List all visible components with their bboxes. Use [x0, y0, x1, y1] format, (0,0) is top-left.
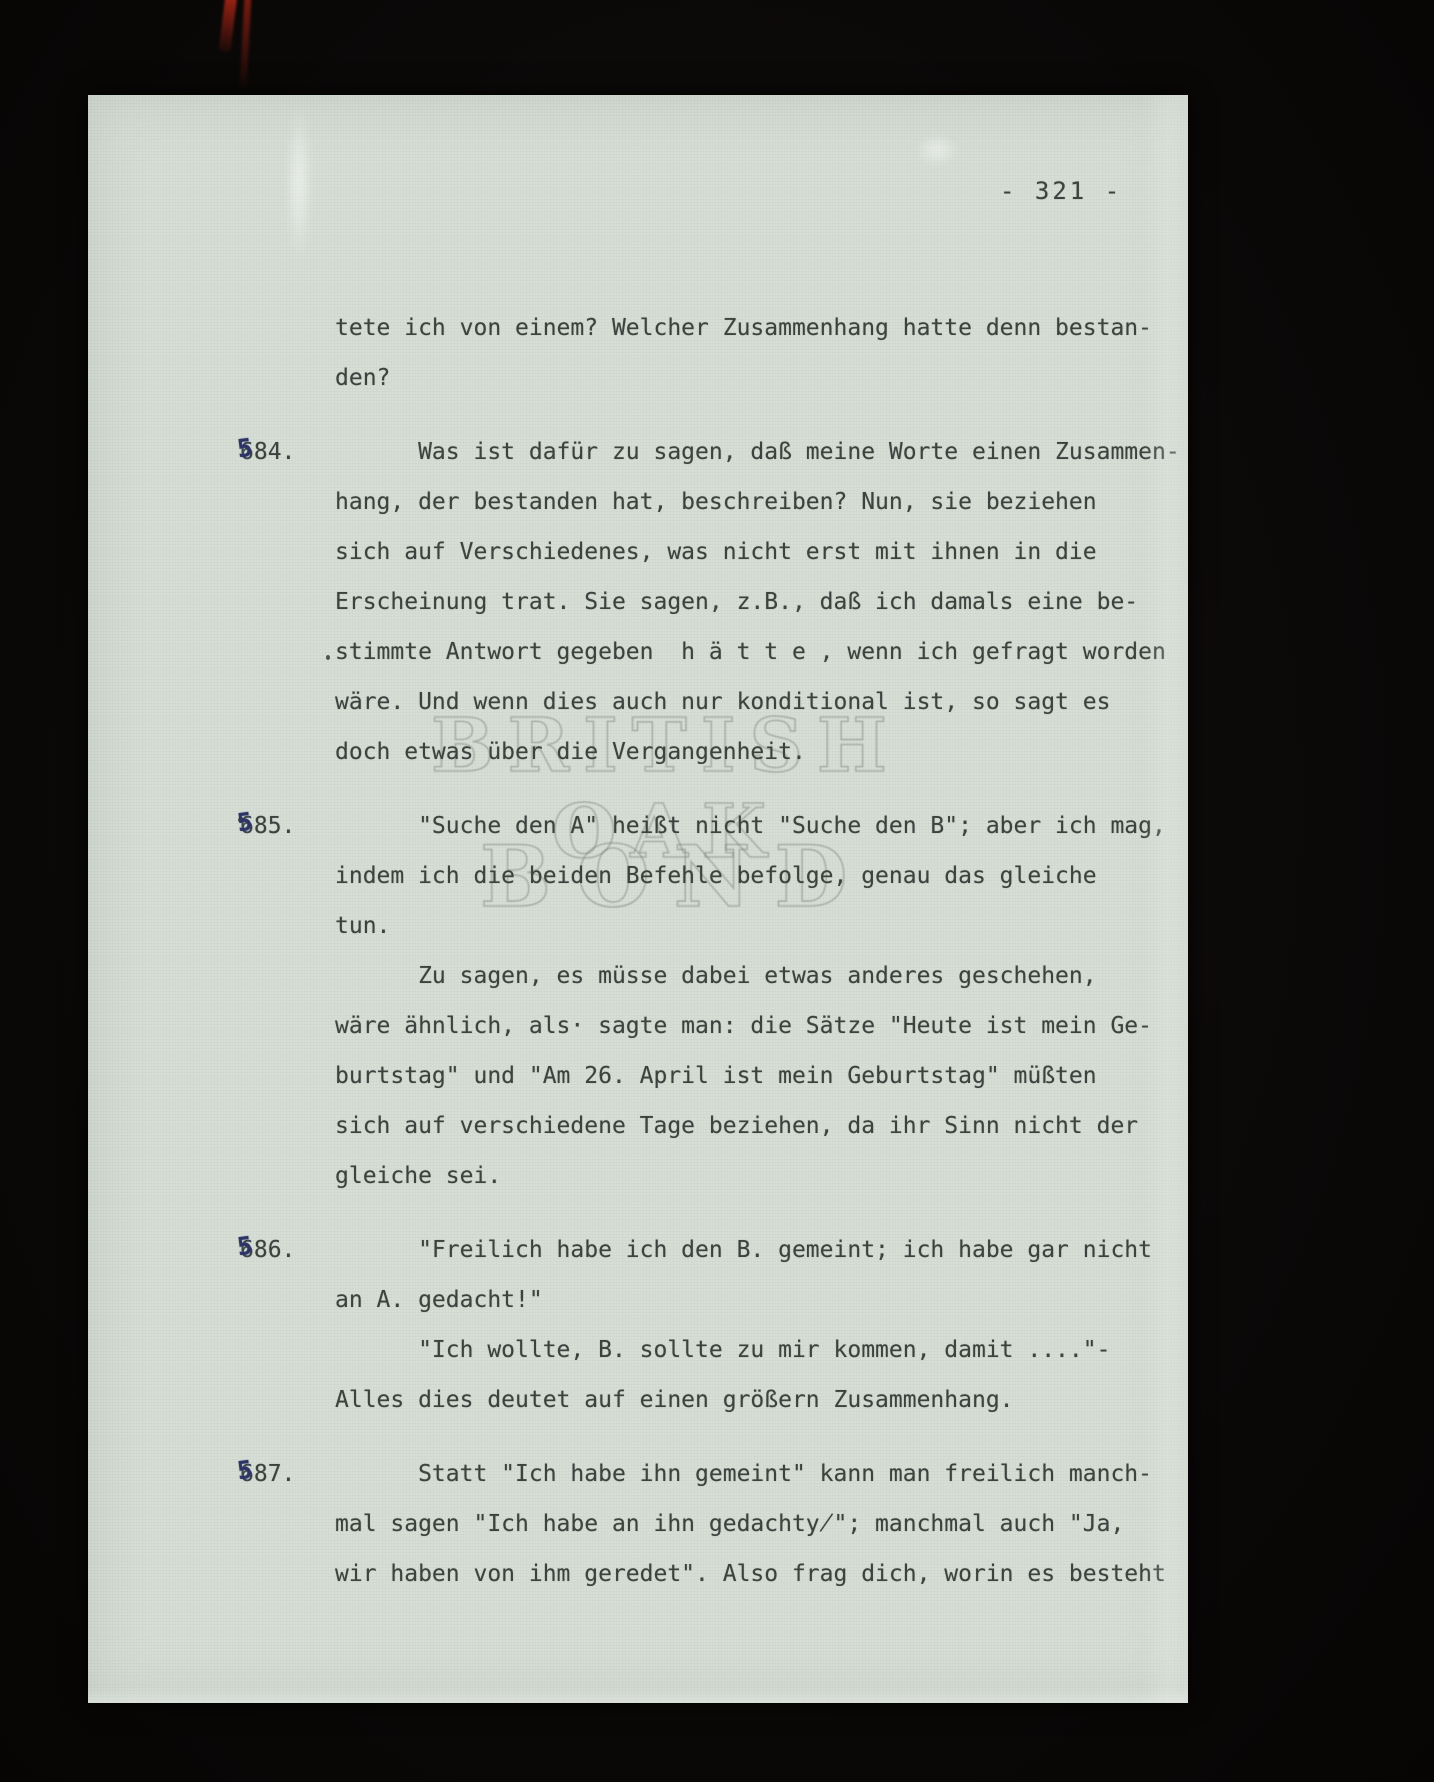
text-line: wir haben von ihm geredet". Also frag di… — [335, 1549, 1175, 1599]
text-line: "Suche den A" heißt nicht "Suche den B";… — [335, 801, 1175, 851]
section-number-rest: 87. — [254, 1461, 296, 1487]
text-line: gleiche sei. — [335, 1151, 1175, 1201]
text-line: wäre ähnlich, als· sagte man: die Sätze … — [335, 1001, 1175, 1051]
text-line: tete ich von einem? Welcher Zusammenhang… — [335, 303, 1175, 353]
paragraph-continuation: tete ich von einem? Welcher Zusammenhang… — [335, 303, 1175, 403]
section-number-rest: 84. — [254, 439, 296, 465]
paragraph-section-584: 6584. Was ist dafür zu sagen, daß meine … — [335, 427, 1175, 777]
section-number-587: 6587. — [240, 1449, 295, 1499]
text-line: tun. — [335, 901, 1175, 951]
text-line: Erscheinung trat. Sie sagen, z.B., daß i… — [335, 577, 1175, 627]
section-number-585: 6585. — [240, 801, 295, 851]
stray-ink-dot — [326, 655, 330, 660]
text-line: hang, der bestanden hat, beschreiben? Nu… — [335, 477, 1175, 527]
paper-sheet: BRITISH OAK BOND - 321 - tete ich von ei… — [88, 95, 1188, 1703]
text-line: doch etwas über die Vergangenheit. — [335, 727, 1175, 777]
text-line: wäre. Und wenn dies auch nur konditional… — [335, 677, 1175, 727]
section-number-584: 6584. — [240, 427, 295, 477]
text-line: stimmte Antwort gegeben h ä t t e , wenn… — [335, 627, 1175, 677]
text-line: an A. gedacht!" — [335, 1275, 1175, 1325]
ink-corrected-digit: 5 — [234, 795, 255, 850]
section-number-586: 6586. — [240, 1225, 295, 1275]
paragraph-section-587: 6587. Statt "Ich habe ihn gemeint" kann … — [335, 1449, 1175, 1599]
typescript-text: tete ich von einem? Welcher Zusammenhang… — [335, 303, 1175, 1623]
paragraph-section-585: 6585. "Suche den A" heißt nicht "Suche d… — [335, 801, 1175, 1201]
red-ink-smear — [219, 0, 238, 53]
ink-corrected-digit: 5 — [234, 421, 255, 476]
text-line: den? — [335, 353, 1175, 403]
page-number: - 321 - — [1000, 177, 1122, 205]
text-line: sich auf Verschiedenes, was nicht erst m… — [335, 527, 1175, 577]
text-line: sich auf verschiedene Tage beziehen, da … — [335, 1101, 1175, 1151]
paper-edge-highlight — [88, 1687, 1188, 1703]
section-number-rest: 85. — [254, 813, 296, 839]
text-line: "Freilich habe ich den B. gemeint; ich h… — [335, 1225, 1175, 1275]
text-line: Zu sagen, es müsse dabei etwas anderes g… — [335, 951, 1175, 1001]
text-line: mal sagen "Ich habe an ihn gedachty̸"; m… — [335, 1499, 1175, 1549]
text-line: indem ich die beiden Befehle befolge, ge… — [335, 851, 1175, 901]
paragraph-section-586: 6586. "Freilich habe ich den B. gemeint;… — [335, 1225, 1175, 1425]
ink-corrected-digit: 5 — [234, 1219, 255, 1274]
text-line: "Ich wollte, B. sollte zu mir kommen, da… — [335, 1325, 1175, 1375]
red-ink-smear — [240, 0, 252, 88]
paper-smudge — [286, 103, 312, 263]
text-line: Was ist dafür zu sagen, daß meine Worte … — [335, 427, 1175, 477]
scanned-document-page: BRITISH OAK BOND - 321 - tete ich von ei… — [0, 0, 1434, 1782]
text-line: Alles dies deutet auf einen größern Zusa… — [335, 1375, 1175, 1425]
paper-smudge — [914, 133, 960, 167]
text-line: burtstag" und "Am 26. April ist mein Geb… — [335, 1051, 1175, 1101]
text-line: Statt "Ich habe ihn gemeint" kann man fr… — [335, 1449, 1175, 1499]
section-number-rest: 86. — [254, 1237, 296, 1263]
ink-corrected-digit: 5 — [234, 1443, 255, 1498]
